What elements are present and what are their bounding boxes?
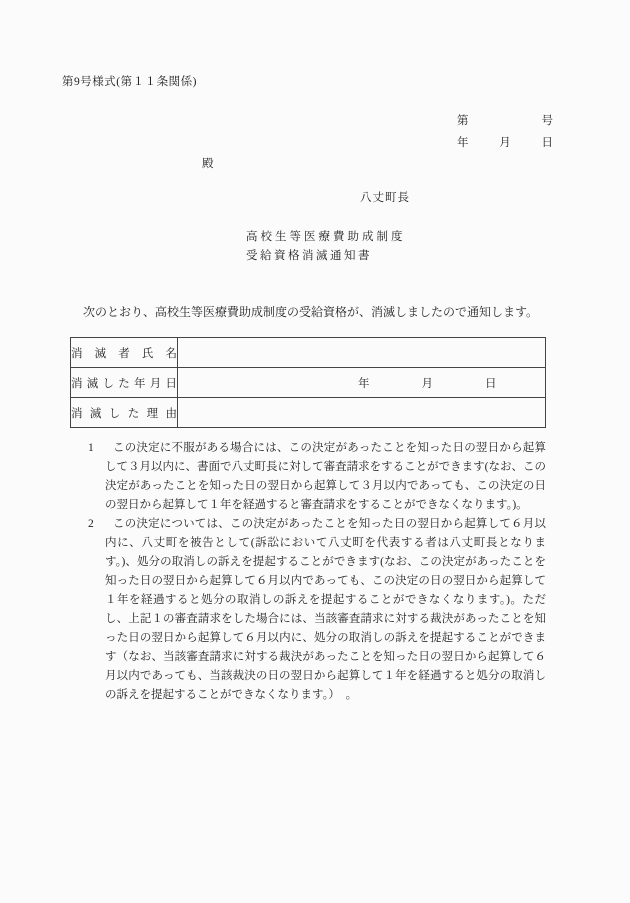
document-page: 第9号様式(第１１条関係) 第 号 年 月 日 殿 八丈町長 高校生等医療費助成… <box>0 0 630 903</box>
note-text-1: この決定に不服がある場合には、この決定があったことを知った日の翌日から起算して３… <box>105 439 546 515</box>
row-label-date: 消滅した年月日 <box>71 368 178 398</box>
row-value-date: 年 月 日 <box>178 368 546 398</box>
document-date-line: 年 月 日 <box>457 134 553 150</box>
row-value-name <box>178 338 546 368</box>
note-number-2: 2 <box>88 515 105 705</box>
date-cell-month-label: 月 <box>422 375 434 391</box>
form-number: 第9号様式(第１１条関係) <box>62 73 197 89</box>
document-title-line2: 受給資格消滅通知書 <box>246 247 406 266</box>
intro-text: 次のとおり、高校生等医療費助成制度の受給資格が、消滅しましたので通知します。 <box>83 303 538 320</box>
date-parts: 年 月 日 <box>178 375 545 391</box>
issuer-name: 八丈町長 <box>360 189 410 205</box>
addressee-honorific: 殿 <box>202 155 214 171</box>
table-row-reason: 消滅した理由 <box>71 398 546 428</box>
row-label-reason: 消滅した理由 <box>71 398 178 428</box>
table-row-name: 消滅者氏名 <box>71 338 546 368</box>
notice-table: 消滅者氏名 消滅した年月日 年 月 日 消滅した理由 <box>70 337 546 428</box>
date-cell-year-label: 年 <box>358 375 370 391</box>
doc-no-suffix: 号 <box>542 112 554 128</box>
date-year-label: 年 <box>457 134 469 150</box>
row-label-name: 消滅者氏名 <box>71 338 178 368</box>
document-title: 高校生等医療費助成制度 受給資格消滅通知書 <box>246 228 406 266</box>
doc-no-prefix: 第 <box>457 112 469 128</box>
date-day-label: 日 <box>542 134 554 150</box>
date-cell-day-label: 日 <box>485 375 497 391</box>
legal-notes: 1 この決定に不服がある場合には、この決定があったことを知った日の翌日から起算し… <box>88 439 546 705</box>
note-item-2: 2 この決定については、この決定があったことを知った日の翌日から起算して６月以内… <box>88 515 546 705</box>
document-number-line: 第 号 <box>457 112 553 128</box>
table-row-date: 消滅した年月日 年 月 日 <box>71 368 546 398</box>
document-title-line1: 高校生等医療費助成制度 <box>246 228 406 247</box>
note-text-2: この決定については、この決定があったことを知った日の翌日から起算して６月以内に、… <box>105 515 546 705</box>
row-value-reason <box>178 398 546 428</box>
note-number-1: 1 <box>88 439 105 515</box>
date-month-label: 月 <box>499 134 511 150</box>
note-item-1: 1 この決定に不服がある場合には、この決定があったことを知った日の翌日から起算し… <box>88 439 546 515</box>
